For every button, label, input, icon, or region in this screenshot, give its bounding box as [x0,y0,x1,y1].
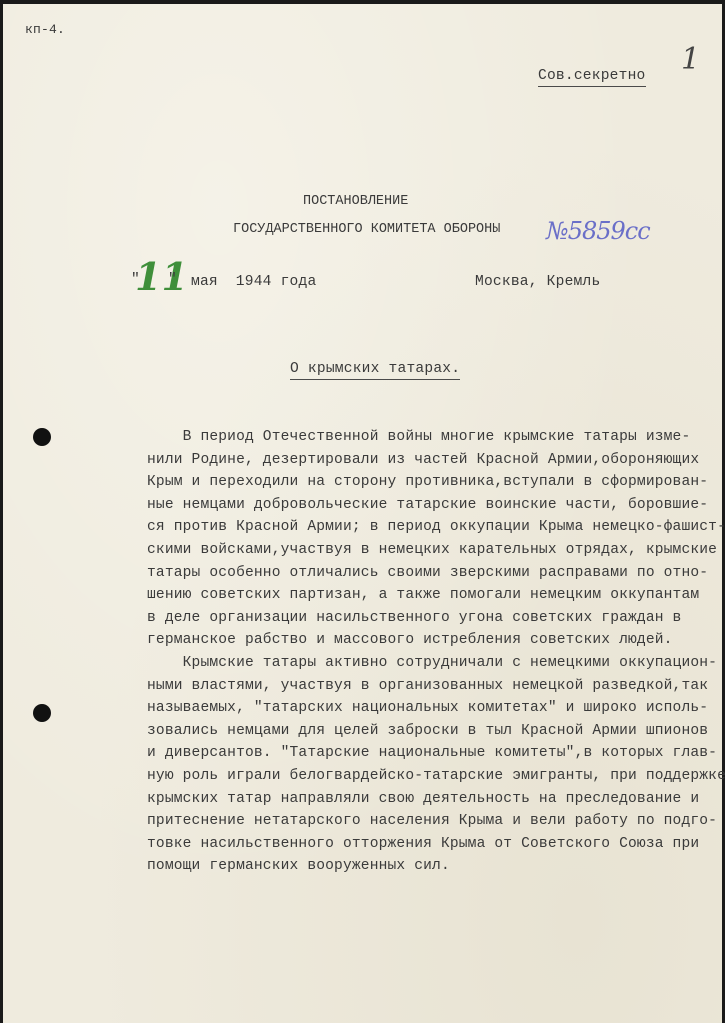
punch-hole-top [33,428,51,446]
body-line: помощи германских вооруженных сил. [147,858,450,874]
body-line: татары особенно отличались своими зверск… [147,565,708,581]
body-line: зовались немцами для целей заброски в ты… [147,723,708,739]
resolution-number: №5859сс [546,217,650,245]
subject-heading: О крымских татарах. [290,361,460,380]
body-line: германское рабство и массового истреблен… [147,632,673,648]
body-line: Крымские татары активно сотрудничали с н… [147,655,717,671]
body-line: крымских татар направляли свою деятельно… [147,791,699,807]
date-quote-close: " [168,272,177,288]
body-line: товке насильственного отторжения Крыма о… [147,836,699,852]
body-line: притеснение нетатарского населения Крыма… [147,813,717,829]
committee-heading: ГОСУДАРСТВЕННОГО КОМИТЕТА ОБОРОНЫ [233,222,500,237]
reference-code: кп-4. [25,22,65,37]
document-type-heading: ПОСТАНОВЛЕНИЕ [303,194,408,209]
body-line: скими войсками,участвуя в немецких карат… [147,542,717,558]
date-month-year: мая 1944 года [191,274,316,290]
classification-stamp: Сов.секретно [538,68,646,87]
page-number: 1 [681,42,700,77]
body-line: ся против Красной Армии; в период оккупа… [147,519,725,535]
document-page: кп-4. 1 Сов.секретно ПОСТАНОВЛЕНИЕ ГОСУД… [3,4,722,1023]
body-line: Крым и переходили на сторону противника,… [147,474,708,490]
body-line: ную роль играли белогвардейско-татарские… [147,768,725,784]
date-day: 11 [135,254,188,299]
body-line: нили Родине, дезертировали из частей Кра… [147,452,699,468]
place: Москва, Кремль [475,274,600,290]
body-line: в деле организации насильственного угона… [147,610,681,626]
punch-hole-bottom [33,704,51,722]
body-line: и диверсантов. "Татарские национальные к… [147,745,717,761]
body-line: ные немцами добровольческие татарские во… [147,497,708,513]
body-line: В период Отечественной войны многие крым… [147,429,690,445]
body-line: ными властями, участвуя в организованных… [147,678,708,694]
body-line: называемых, "татарских национальных коми… [147,700,708,716]
body-line: шению советских партизан, а также помога… [147,587,699,603]
